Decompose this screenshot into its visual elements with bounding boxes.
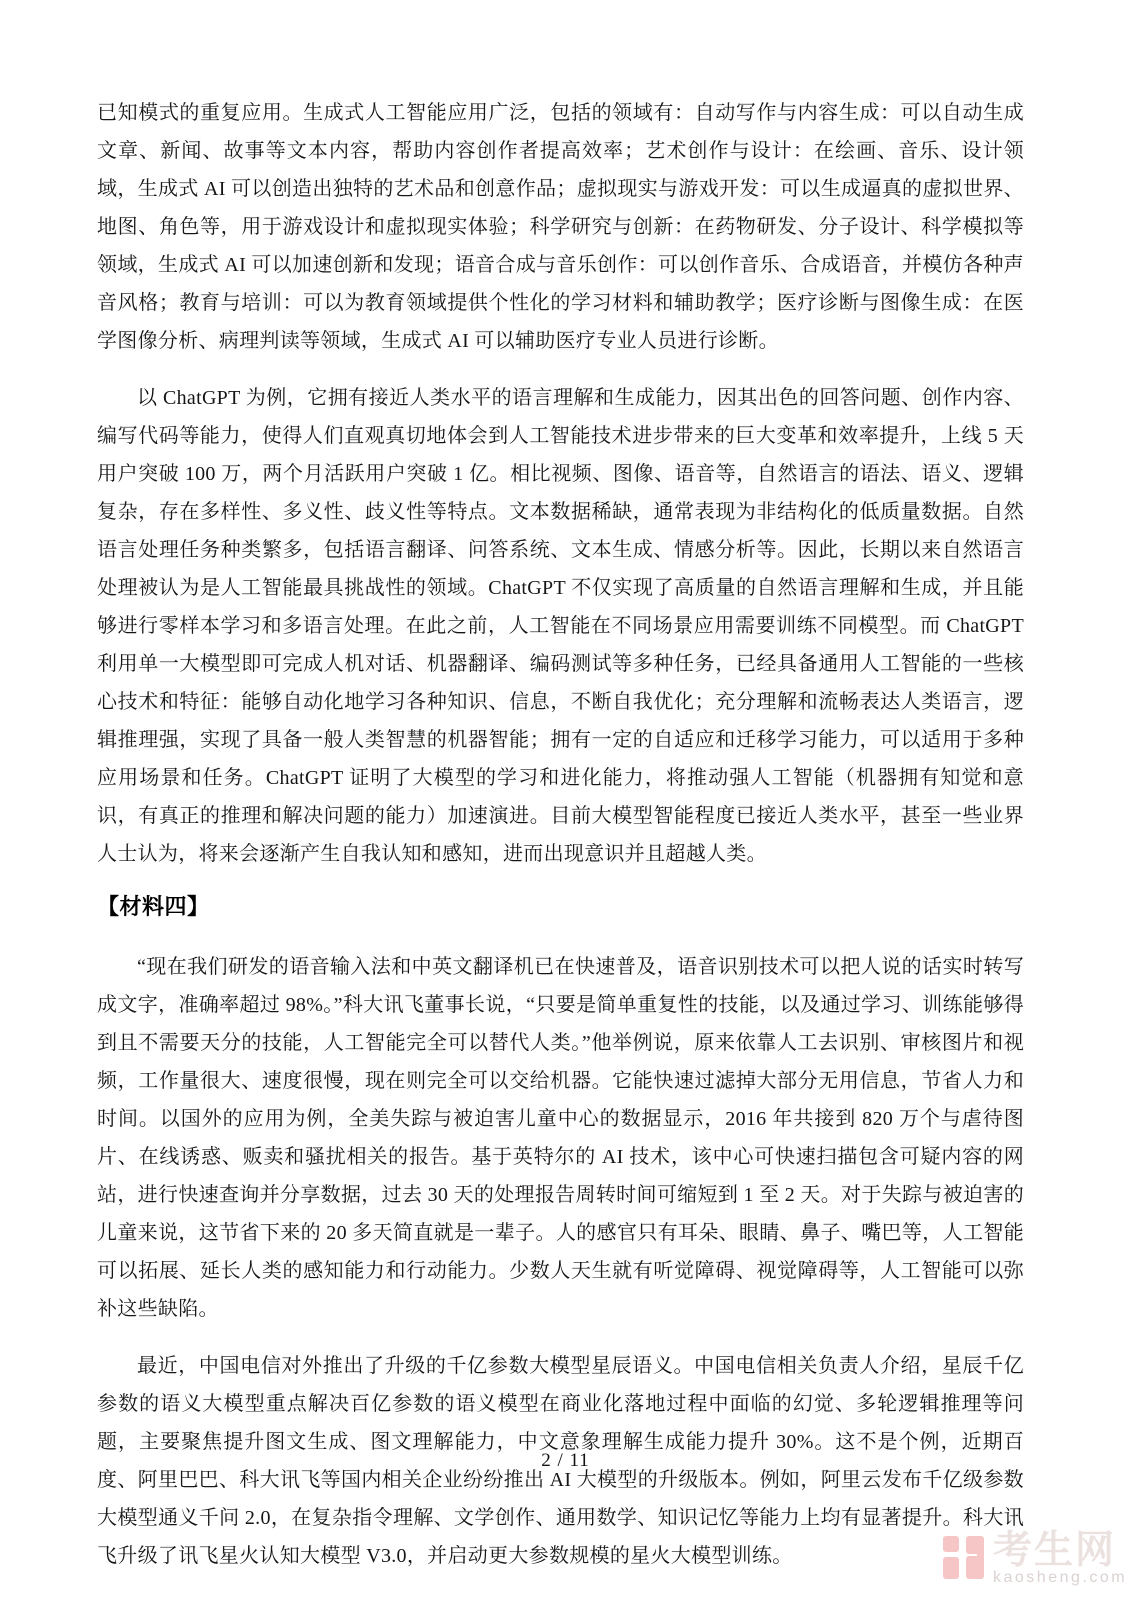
watermark: 考生网 kaosheng.com [941,1530,1121,1590]
watermark-text-block: 考生网 kaosheng.com [993,1530,1127,1586]
body-paragraph-chatgpt: 以 ChatGPT 为例，它拥有接近人类水平的语言理解和生成能力，因其出色的回答… [97,379,1024,873]
body-paragraph-continuation: 已知模式的重复应用。生成式人工智能应用广泛，包括的领域有：自动写作与内容生成：可… [97,94,1024,360]
body-paragraph-material4-speech: “现在我们研发的语音输入法和中英文翻译机已在快速普及，语音识别技术可以把人说的话… [97,948,1024,1328]
watermark-site-name: 考生网 [993,1530,1127,1572]
kaosheng-logo-icon [941,1532,987,1582]
section-heading-material-4: 【材料四】 [97,892,1024,922]
watermark-site-url: kaosheng.com [993,1570,1127,1586]
page-number: 2 / 11 [0,1450,1131,1472]
document-page: 已知模式的重复应用。生成式人工智能应用广泛，包括的领域有：自动写作与内容生成：可… [0,0,1131,1600]
page-body: 已知模式的重复应用。生成式人工智能应用广泛，包括的领域有：自动写作与内容生成：可… [97,94,1024,1594]
